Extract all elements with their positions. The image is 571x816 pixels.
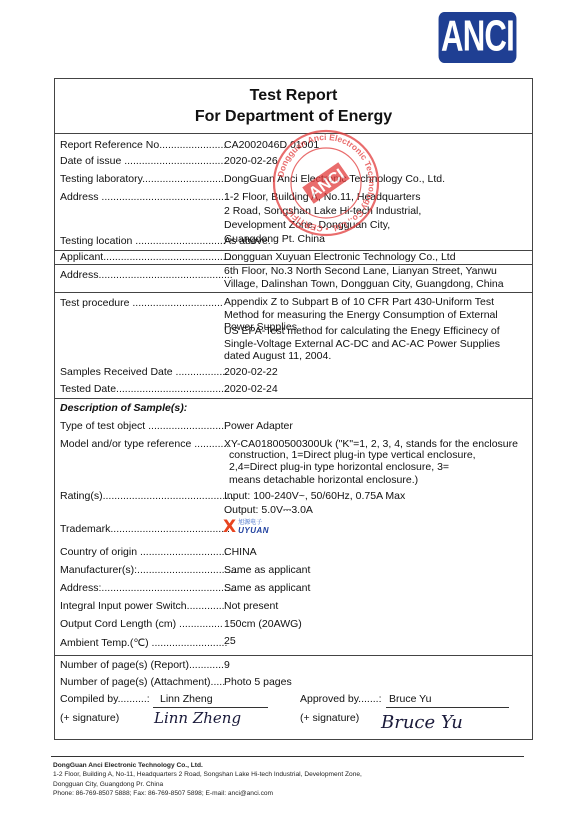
footer-divider [51,756,524,757]
field-label: Samples Received Date .................. [60,365,228,379]
field-label: Output Cord Length (cm) ............... [60,617,223,631]
applicant-value: Dongguan Xuyuan Electronic Technology Co… [224,250,528,264]
footer-company: DongGuan Anci Electronic Technology Co.,… [53,761,362,770]
approved-by-label: Approved by.......: [300,692,382,706]
field-label: Number of page(s) (Attachment)..... [60,675,225,689]
procedure-section: Test procedure .........................… [54,292,533,399]
field-label: Country of origin ......................… [60,545,227,559]
testing-location-value: As above. [224,234,528,248]
manufacturer-value: Same as applicant [224,563,528,577]
applicant-section: Applicant...............................… [54,250,533,265]
footer: DongGuan Anci Electronic Technology Co.,… [53,761,362,798]
rating-input-value: Input: 100-240V~, 50/60Hz, 0.75A Max [224,489,528,503]
compiled-by-name: Linn Zheng [160,692,213,706]
field-label: Trademark...............................… [60,522,230,536]
compiled-signature-line [153,707,268,708]
testing-laboratory-value: DongGuan Anci Electronic Technology Co.,… [224,172,528,186]
ambient-temp-value: 25 [224,634,528,648]
field-label: Address ................................… [60,190,230,204]
report-reference-value: CA2002046D 01001 [224,138,528,152]
field-label: Date of issue ..........................… [60,154,226,168]
description-heading: Description of Sample(s): [60,401,187,415]
field-label: Testing laboratory......................… [60,172,227,186]
model-value-continued: construction, 1=Direct plug-in type vert… [229,449,482,486]
compiled-by-label: Compiled by..........: [60,692,150,706]
logo-text: ANCI [441,8,514,67]
field-label: Type of test object ....................… [60,419,227,433]
field-label: Test procedure .........................… [60,296,223,310]
field-label: Applicant...............................… [60,250,234,264]
field-label: Ambient Temp.(℃) .......................… [60,636,227,650]
signature-label: (+ signature) [60,711,119,725]
field-label: Report Reference No.....................… [60,138,226,152]
applicant-address-section: Address.................................… [54,264,533,293]
field-label: Address:................................… [60,581,236,595]
field-label: Rating(s)...............................… [60,489,234,503]
field-label: Integral Input power Switch............. [60,599,225,613]
description-section: Description of Sample(s): Type of test o… [54,398,533,656]
trademark-x-mark: X [223,519,236,535]
attachment-pages-value: Photo 5 pages [224,675,528,689]
rating-output-value: Output: 5.0V⎓3.0A [224,503,528,517]
field-label: Number of page(s) (Report)............ [60,658,224,672]
country-value: CHINA [224,545,528,559]
report-subtitle: For Department of Energy [55,106,532,128]
approved-signature-line [386,707,509,708]
samples-received-value: 2020-02-22 [224,365,528,379]
cord-length-value: 150cm (20AWG) [224,617,528,631]
report-title: Test Report [55,86,532,106]
anci-logo: ANCI [439,12,517,63]
applicant-address-value: 6th Floor, No.3 North Second Lane, Liany… [224,265,528,290]
test-procedure-value-2: US EPA-Test method for calculating the E… [224,325,528,363]
field-label: Testing location .......................… [60,234,226,248]
date-of-issue-value: 2020-02-26 [224,154,528,168]
signature-label: (+ signature) [300,711,359,725]
trademark-english-text: UYUAN [238,527,269,534]
xuyuan-trademark-logo: X 旭源电子 UYUAN [223,519,269,535]
approved-by-name: Bruce Yu [389,692,431,706]
report-pages-value: 9 [224,658,528,672]
approved-signature: Bruce Yu [381,712,463,733]
manufacturer-address-value: Same as applicant [224,581,528,595]
footer-address-line-2: Dongguan City, Guangdong Pr. China [53,780,362,789]
field-label: Model and/or type reference ............ [60,437,229,451]
field-label: Address.................................… [60,268,233,282]
approval-section: Number of page(s) (Report)............ 9… [54,655,533,740]
footer-contact: Phone: 86-769-8507 5888; Fax: 86-769-850… [53,789,362,798]
compiled-signature: Linn Zheng [154,709,241,727]
report-title-box: Test Report For Department of Energy [54,78,533,134]
field-label: Tested Date.............................… [60,382,230,396]
lab-info-section: Report Reference No.....................… [54,133,533,251]
type-value: Power Adapter [224,419,528,433]
footer-address-line-1: 1-2 Floor, Building A, No-11, Headquarte… [53,770,362,779]
tested-date-value: 2020-02-24 [224,382,528,396]
field-label: Manufacturer(s):........................… [60,563,239,577]
power-switch-value: Not present [224,599,528,613]
